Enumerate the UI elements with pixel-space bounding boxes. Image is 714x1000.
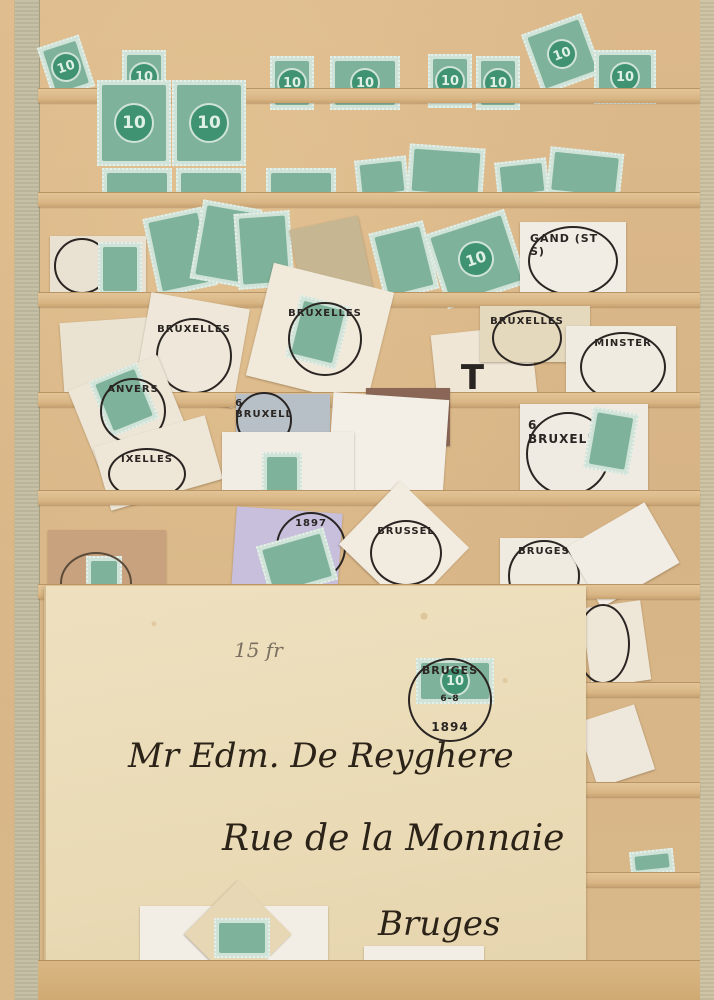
stamp-value: 10	[543, 35, 581, 73]
address-line-3: Bruges	[378, 904, 500, 944]
address-line-2: Rue de la Monnaie	[222, 818, 564, 859]
pocket-strip-2	[38, 192, 700, 207]
postmark-text: BRUGES	[518, 546, 570, 557]
postmark-bruxelles: BRUXELLES	[288, 302, 362, 376]
postmark-gand: GAND (ST S)	[528, 226, 618, 296]
postmark-text: BRUXELLES	[157, 324, 231, 335]
postmark-brussel: BRUSSEL	[370, 520, 442, 586]
postmark-bruges-envelope: BRUGES 6-8 1894	[408, 658, 492, 742]
postmark-bruxelles: BRUXELLES	[492, 310, 562, 366]
postmark-town: BRUGES	[422, 664, 478, 677]
stamp-value: 10	[189, 103, 229, 143]
stamp-value: 10	[114, 103, 154, 143]
postmark-text: BRUXELLES	[288, 308, 362, 319]
stamp: 10	[97, 80, 171, 166]
postmark-year: 1894	[431, 720, 468, 734]
postmark-date: 6-8	[440, 694, 459, 704]
fragment	[577, 704, 655, 787]
stamp-value: 10	[453, 236, 498, 281]
page-edge	[700, 0, 714, 1000]
pocket-strip-5	[38, 490, 700, 505]
postmark-text: IXELLES	[121, 454, 173, 465]
pocket-strip-9	[584, 872, 700, 887]
postmark-text: MINSTER	[594, 338, 652, 349]
postmark-text: BRUSSEL	[377, 526, 435, 537]
pencil-price-note: 15 fr	[234, 638, 283, 662]
postmark-text: GAND (ST S)	[530, 232, 616, 258]
stamp	[98, 242, 142, 296]
binding-spine	[14, 0, 40, 1000]
stamp: 10	[521, 13, 603, 95]
stamp: 10	[172, 80, 246, 166]
pocket-strip-7	[584, 682, 700, 697]
stamp-value: 10	[47, 48, 85, 86]
postmark-text: BRUXELLES	[490, 316, 564, 327]
pocket-strip-8	[584, 782, 700, 797]
postmark-text: 6 BRUXELL	[235, 398, 293, 420]
address-line-1: Mr Edm. De Reyghere	[128, 736, 514, 776]
tax-mark: T	[460, 358, 486, 388]
pocket-strip-bottom	[38, 960, 700, 1000]
stamp	[214, 918, 270, 958]
stock-book-page: 10 10 10 10 10 10 10 10 10 10 10 GAND (S…	[0, 0, 714, 1000]
postmark-text: ANVERS	[107, 384, 159, 395]
